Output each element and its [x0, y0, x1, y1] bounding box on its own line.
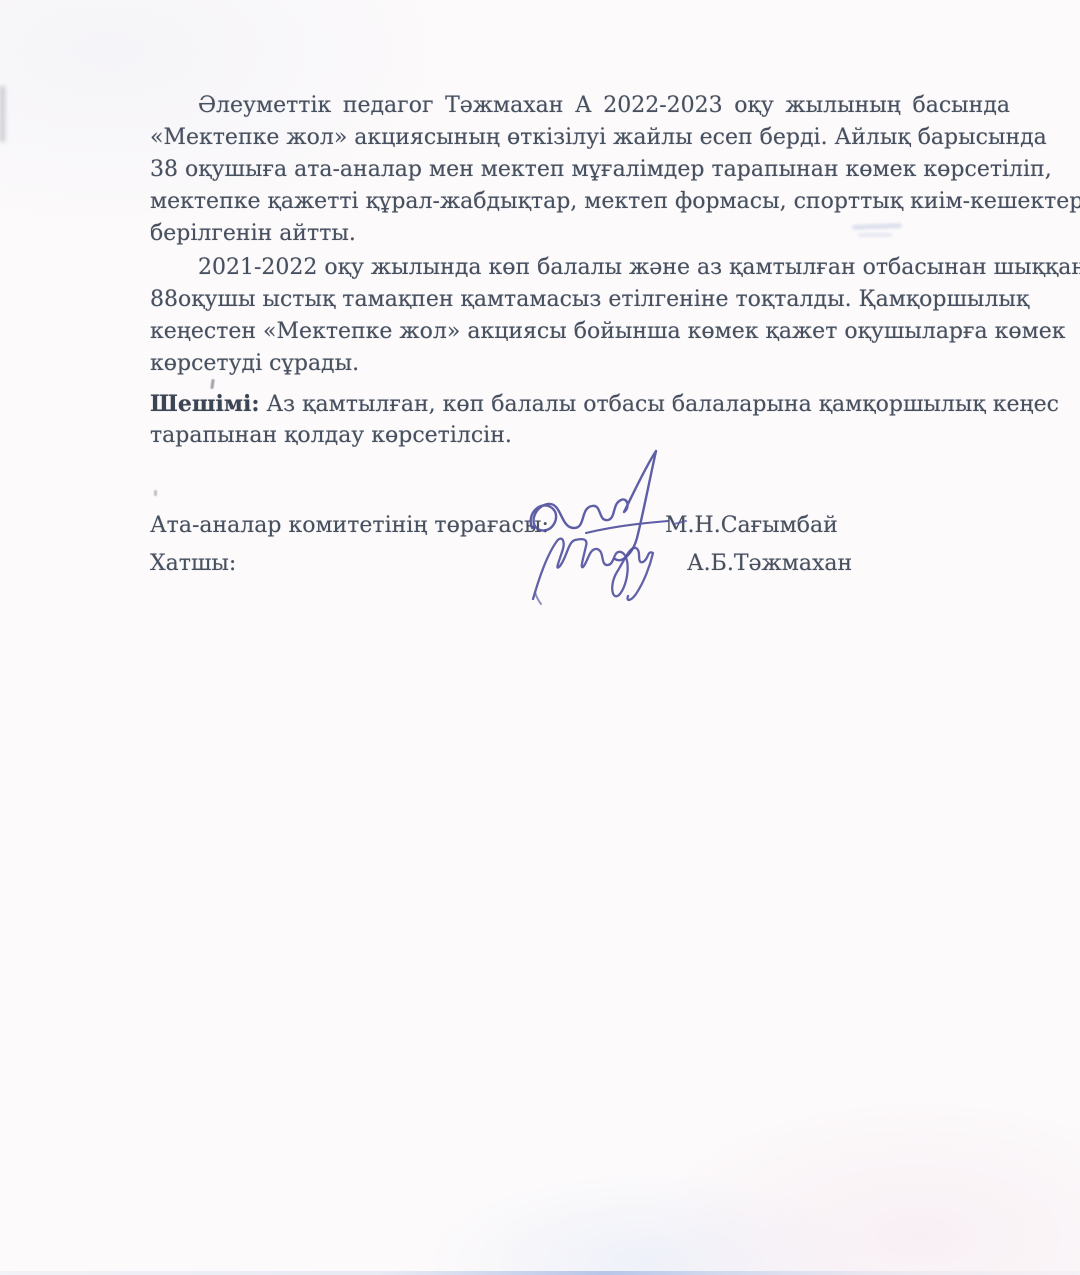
text-line: кеңестен «Мектепке жол» акциясы бойынша …	[150, 316, 1010, 348]
chairman-role-label: Ата-аналар комитетінің төрағасы:	[150, 510, 549, 542]
text-line: Әлеуметтік педагог Тәжмахан А 2022-2023 …	[150, 90, 1010, 122]
scan-speck	[154, 490, 157, 496]
scan-edge-shadow	[0, 86, 5, 142]
text-line: Шешімі: Аз қамтылған, көп балалы отбасы …	[150, 388, 1010, 420]
scan-smudge	[858, 233, 892, 237]
text-line: мектепке қажетті құрал-жабдықтар, мектеп…	[150, 186, 1010, 218]
secretary-name: А.Б.Тәжмахан	[687, 548, 852, 580]
scanned-document-page: Әлеуметтік педагог Тәжмахан А 2022-2023 …	[0, 0, 1080, 1275]
secretary-signature-stroke	[533, 539, 653, 604]
decision-text: Аз қамтылған, көп балалы отбасы балалары…	[266, 392, 1058, 417]
scan-bottom-edge	[0, 1271, 1080, 1275]
paragraph-meals: 2021-2022 оқу жылында көп балалы және аз…	[150, 252, 1010, 380]
text-line: 2021-2022 оқу жылында көп балалы және аз…	[150, 252, 1010, 284]
decision-label: Шешімі:	[150, 391, 259, 417]
text-line: 38 оқушыға ата-аналар мен мектеп мұғалім…	[150, 154, 1010, 186]
document-body: Әлеуметтік педагог Тәжмахан А 2022-2023 …	[150, 90, 1010, 452]
text-line: 88оқушы ыстық тамақпен қамтамасыз етілге…	[150, 284, 1010, 316]
secretary-role-label: Хатшы:	[150, 548, 236, 580]
text-line: көрсетуді сұрады.	[150, 348, 1010, 380]
text-line: «Мектепке жол» акциясының өткізілуі жайл…	[150, 122, 1010, 154]
handwritten-signatures-ink	[516, 436, 706, 608]
